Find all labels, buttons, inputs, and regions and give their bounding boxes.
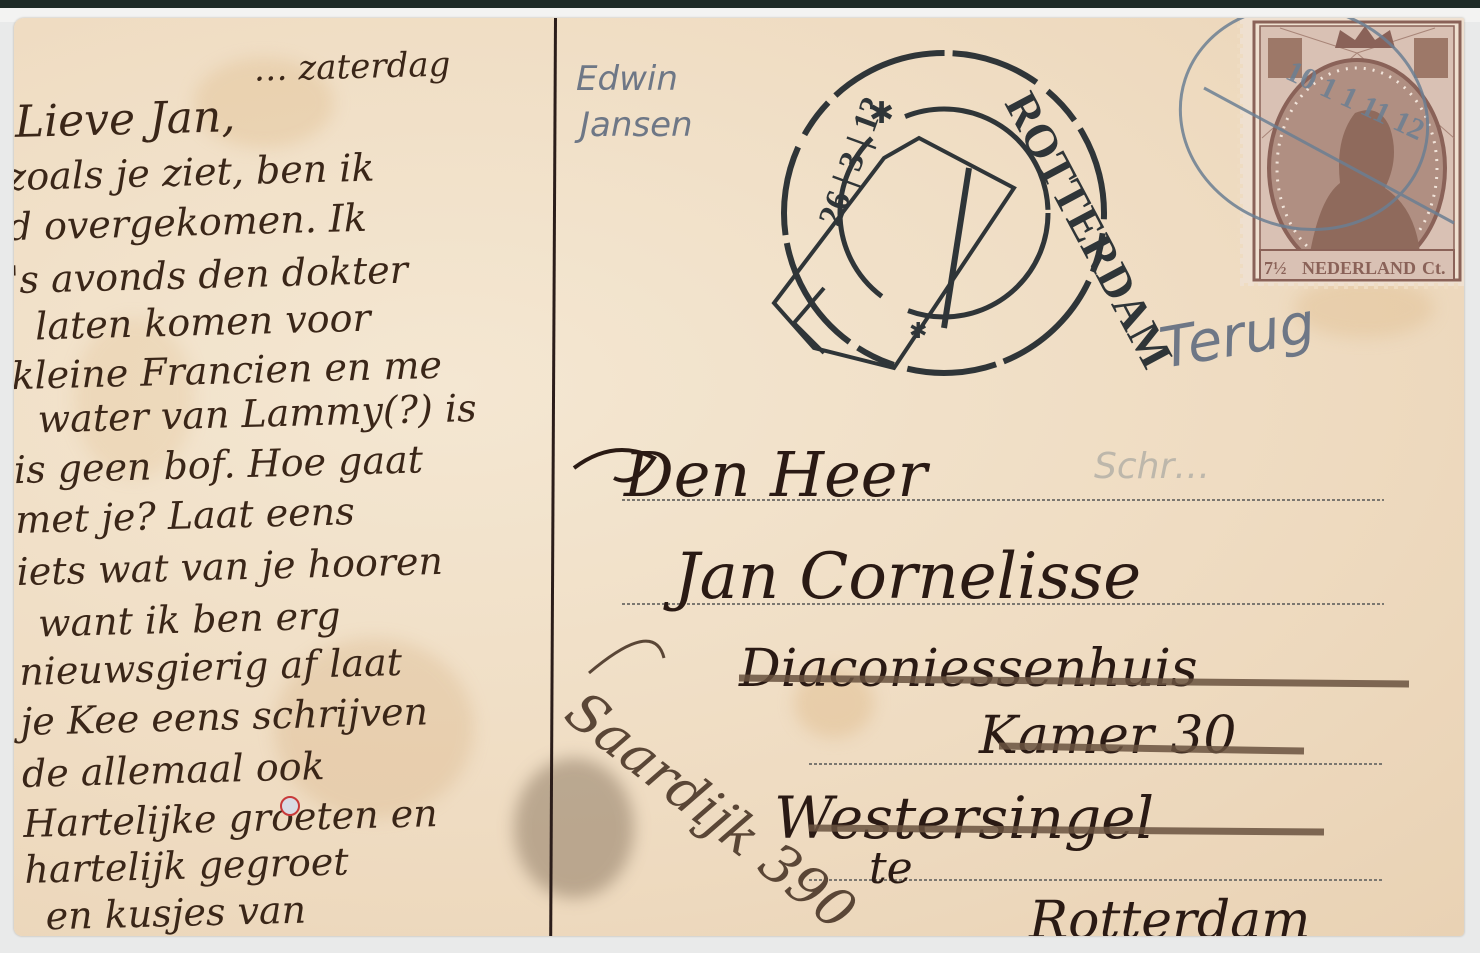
svg-text:✱: ✱ [909, 318, 927, 343]
svg-text:de allemaal ook: de allemaal ook [21, 744, 325, 796]
svg-text:Hartelijke groeten en: Hartelijke groeten en [22, 791, 439, 846]
svg-text:te: te [869, 843, 913, 894]
svg-text:… zaterdag: … zaterdag [253, 45, 451, 90]
rotterdam-postmark: ROTTERDAM 26 | 3 | 1? ✱ ✱ [725, 18, 1183, 432]
svg-text:want ik ben erg: want ik ben erg [37, 594, 341, 646]
svg-text:je Kee eens schrijven: je Kee eens schrijven [14, 689, 429, 744]
svg-text:nieuwsgierig af laat: nieuwsgierig af laat [19, 640, 404, 694]
svg-text:hartelijk gegroet: hartelijk gegroet [24, 839, 350, 891]
svg-text:zoals je ziet, ben ik: zoals je ziet, ben ik [14, 146, 375, 200]
svg-text:laten komen voor: laten komen voor [35, 296, 374, 349]
svg-text:Den Heer: Den Heer [623, 438, 930, 511]
svg-text:Jansen: Jansen [574, 105, 693, 145]
postcard-artwork: … zaterdag Lieve Jan, zoals je ziet, ben… [14, 18, 1464, 936]
svg-text:Edwin: Edwin [576, 59, 678, 99]
svg-text:NEDERLAND: NEDERLAND [1302, 258, 1416, 278]
svg-text:'s avonds den dokter: 's avonds den dokter [14, 248, 411, 303]
postcard: … zaterdag Lieve Jan, zoals je ziet, ben… [14, 18, 1464, 936]
scanner-bed-edge [0, 0, 1480, 8]
svg-text:Diaconiessenhuis: Diaconiessenhuis [738, 639, 1198, 699]
svg-text:✱: ✱ [869, 97, 894, 130]
svg-text:d overgekomen. Ik: d overgekomen. Ik [14, 196, 367, 249]
svg-text:is geen bof. Hoe gaat: is geen bof. Hoe gaat [14, 437, 424, 492]
svg-text:Terug: Terug [1155, 291, 1320, 382]
svg-text:Kamer 30: Kamer 30 [978, 706, 1237, 766]
svg-text:Schr…: Schr… [1094, 446, 1210, 487]
address-handwriting: Den Heer Jan Cornelisse Diaconiessenhuis… [574, 438, 1310, 936]
paper-defect [281, 797, 299, 815]
svg-text:Jan Cornelisse: Jan Cornelisse [663, 540, 1141, 614]
svg-text:ROTTERDAM: ROTTERDAM [995, 84, 1183, 376]
svg-text:7½: 7½ [1264, 258, 1287, 278]
svg-text:met je? Laat eens: met je? Laat eens [15, 489, 355, 542]
message-handwriting: … zaterdag Lieve Jan, zoals je ziet, ben… [14, 44, 490, 936]
svg-text:Westersingel: Westersingel [774, 784, 1154, 852]
postage-stamp: 7½ NEDERLAND Ct. [1240, 18, 1464, 286]
svg-text:en kusjes van: en kusjes van [45, 888, 307, 936]
svg-text:iets wat van je hooren: iets wat van je hooren [16, 539, 443, 594]
svg-text:Rotterdam: Rotterdam [1028, 891, 1310, 936]
svg-text:Lieve Jan,: Lieve Jan, [14, 91, 236, 148]
svg-text:Ct.: Ct. [1422, 258, 1446, 278]
pencil-name-annotation: Edwin Jansen [574, 59, 693, 145]
